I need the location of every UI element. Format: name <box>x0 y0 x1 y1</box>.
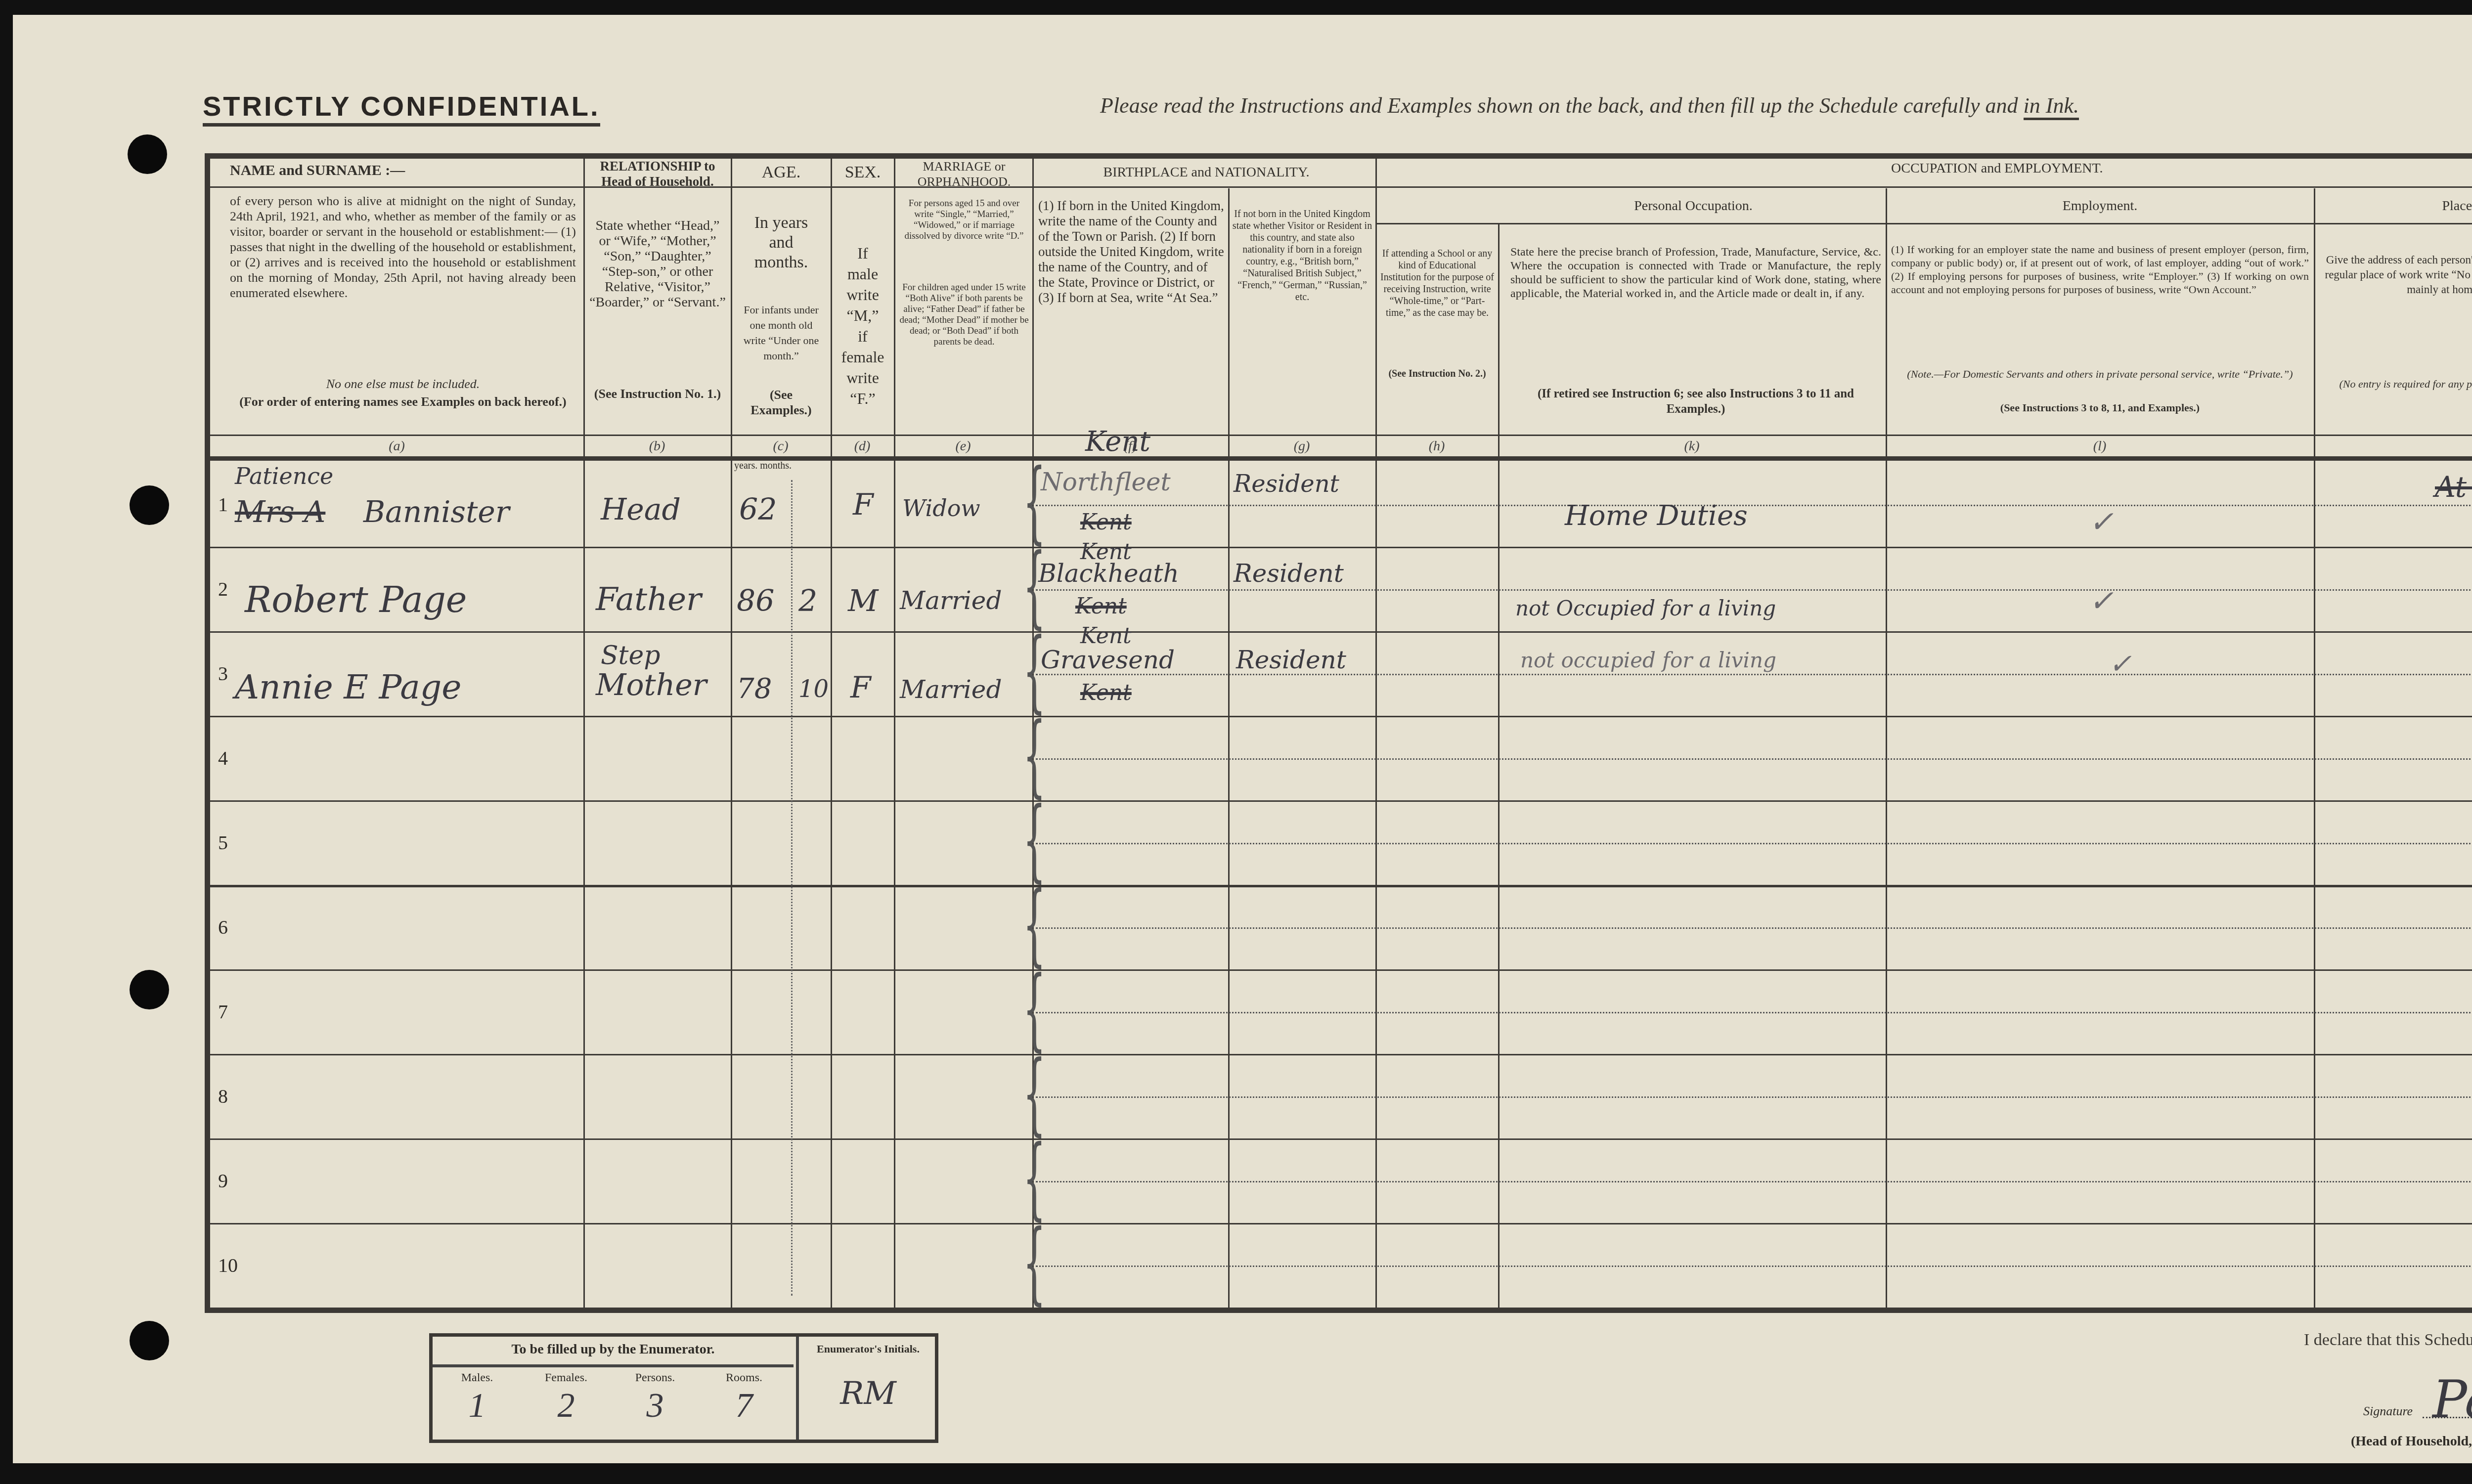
row3-relationship-top[interactable]: Step <box>601 641 661 670</box>
col-d-letter: (d) <box>831 438 894 454</box>
row-rule <box>210 1054 2472 1055</box>
row2-occupation[interactable]: not Occupied for a living <box>1515 596 1776 620</box>
rooms-label: Rooms. <box>700 1371 789 1385</box>
persons-value[interactable]: 3 <box>611 1386 700 1426</box>
row3-birthplace-county: Kent <box>1080 680 1132 705</box>
row1-nationality[interactable]: Resident <box>1234 470 1339 498</box>
row3-relationship[interactable]: Mother <box>596 668 707 702</box>
declaration-text: I declare that this Schedule is correctl… <box>2304 1331 2472 1350</box>
row-number: 2 <box>218 577 228 601</box>
signature-note: (Head of Household, Manager of Establish… <box>2351 1434 2472 1449</box>
row-mid-dotted <box>1036 843 2472 844</box>
header-rule <box>210 186 583 188</box>
col-m-note: (No entry is required for any person who… <box>2324 376 2472 392</box>
row-rule <box>210 885 2472 887</box>
col-c-infants: For infants under one month old write “U… <box>739 302 823 363</box>
household-table: NAME and SURNAME :— of every person who … <box>205 153 2472 1313</box>
row-rule <box>210 547 2472 548</box>
row-number: 3 <box>218 662 228 685</box>
col-divider <box>731 159 732 1308</box>
row2-employment[interactable]: ✓ <box>2089 584 2114 618</box>
row2-age-years[interactable]: 86 <box>737 584 774 618</box>
instruction-line: Please read the Instructions and Example… <box>1100 93 2079 118</box>
col-l-note2: (See Instructions 3 to 8, 11, and Exampl… <box>1891 400 2309 415</box>
col-k-body: State here the precise branch of Profess… <box>1510 245 1881 301</box>
row-mid-dotted <box>1036 1012 2472 1013</box>
col-e-body2: For children aged under 15 write “Both A… <box>898 282 1030 348</box>
row-rule <box>210 969 2472 971</box>
col-a-letter: (a) <box>210 438 583 454</box>
row3-employment[interactable]: ✓ <box>2109 648 2132 680</box>
col-m-letter: (m) <box>2314 438 2472 454</box>
col-c-note: (See Examples.) <box>739 387 823 418</box>
col-e-title: MARRIAGE or ORPHANHOOD. <box>897 159 1031 189</box>
row-number: 10 <box>218 1254 238 1277</box>
age-years-label: years. <box>734 460 757 471</box>
row-rule <box>210 1138 2472 1140</box>
brace-icon: { <box>1023 796 1046 885</box>
row-rule <box>210 800 2472 802</box>
col-l-note: (Note.—For Domestic Servants and others … <box>1891 366 2309 382</box>
col-k-letter: (k) <box>1498 438 1886 454</box>
row-mid-dotted <box>1036 758 2472 760</box>
row3-age-years[interactable]: 78 <box>737 673 772 705</box>
col-divider <box>1375 159 1377 1308</box>
row3-birthplace-overwrite: Kent <box>1080 623 1132 649</box>
punch-hole <box>130 485 169 525</box>
row2-name[interactable]: Robert Page <box>245 579 467 620</box>
col-h-body: If attending a School or any kind of Edu… <box>1378 248 1497 319</box>
col-k-note: (If retired see Instruction 6; see also … <box>1510 386 1881 417</box>
punch-hole <box>128 134 167 174</box>
persons-label: Persons. <box>611 1371 700 1385</box>
row3-birthplace[interactable]: Gravesend <box>1041 646 1175 674</box>
age-subheading: years. months. <box>734 460 792 472</box>
row1-occupation[interactable]: Home Duties <box>1565 500 1748 532</box>
brace-icon: { <box>1023 711 1046 800</box>
row-mid-dotted <box>1036 927 2472 929</box>
col-h-note: (See Instruction No. 2.) <box>1378 366 1497 382</box>
col-g-body: If not born in the United Kingdom state … <box>1231 208 1374 303</box>
initials-label: Enumerator's Initials. <box>799 1343 937 1355</box>
row3-sex[interactable]: F <box>850 670 871 705</box>
initials-value[interactable]: RM <box>799 1375 937 1412</box>
col-m-body: Give the address of each person's place … <box>2324 253 2472 297</box>
row1-birthplace[interactable]: Northfleet <box>1041 468 1171 496</box>
header-rule <box>583 186 2472 188</box>
row1-age-years[interactable]: 62 <box>739 492 777 527</box>
col-d-title: SEX. <box>833 165 892 180</box>
row1-name-above[interactable]: Patience <box>235 463 333 489</box>
col-c-letter: (c) <box>731 438 831 454</box>
row1-sex[interactable]: F <box>853 487 874 522</box>
females-label: Females. <box>522 1371 611 1385</box>
signature[interactable]: Patience Alice Bannister <box>2432 1369 2472 1430</box>
instruction-text: Please read the Instructions and Example… <box>1100 93 2018 118</box>
brace-icon: { <box>1023 880 1046 969</box>
col-g-letter: (g) <box>1228 438 1375 454</box>
row-number: 8 <box>218 1085 228 1108</box>
row1-place-of-work[interactable]: At home <box>2435 470 2472 504</box>
header-rule <box>210 435 2472 436</box>
col-b-title: RELATIONSHIP to Head of Household. <box>586 159 729 189</box>
col-divider <box>1498 223 1500 1308</box>
occupation-group-title: OCCUPATION and EMPLOYMENT. <box>1891 161 2472 176</box>
signature-label: Signature <box>2363 1404 2413 1419</box>
males-value[interactable]: 1 <box>433 1386 522 1426</box>
row1-birthplace-county: Kent <box>1080 510 1132 535</box>
col-e-body: For persons aged 15 and over write “Sing… <box>898 198 1030 242</box>
page-title: STRICTLY CONFIDENTIAL. <box>203 90 600 127</box>
row3-age-months[interactable]: 10 <box>798 675 829 703</box>
col-m-title: Place of Work. <box>2316 198 2472 214</box>
col-b-letter: (b) <box>583 438 731 454</box>
col-b-note: (See Instruction No. 1.) <box>588 386 727 401</box>
row-mid-dotted <box>1036 1181 2472 1182</box>
row3-nationality[interactable]: Resident <box>1236 646 1346 674</box>
col-d-body: If male write “M,” if female write “F.” <box>840 243 885 409</box>
col-divider <box>583 159 585 1308</box>
instruction-emphasis: in Ink. <box>2024 93 2079 120</box>
females-value[interactable]: 2 <box>522 1386 611 1426</box>
enumerator-box-rule <box>433 1364 794 1367</box>
col-a-title: NAME and SURNAME :— <box>230 163 576 178</box>
enumerator-initials-cell: Enumerator's Initials. RM <box>796 1337 937 1440</box>
col-h-letter: (h) <box>1375 438 1498 454</box>
col-e-letter: (e) <box>894 438 1032 454</box>
col-f-overwrite: Kent <box>1085 426 1150 458</box>
row-number: 4 <box>218 746 228 770</box>
col-c-body: In years and months. <box>742 213 821 272</box>
row3-occupation[interactable]: not occupied for a living <box>1520 648 1776 672</box>
punch-hole <box>130 1321 169 1360</box>
row-number: 5 <box>218 831 228 854</box>
col-divider <box>831 159 832 1308</box>
header-bottom-rule <box>210 456 2472 461</box>
row2-sex[interactable]: M <box>848 584 878 618</box>
row1-marriage[interactable]: Widow <box>902 495 980 522</box>
row-mid-dotted <box>1036 1266 2472 1267</box>
row-rule <box>210 716 2472 717</box>
col-c-title: AGE. <box>734 165 828 180</box>
row2-relationship[interactable]: Father <box>596 581 702 618</box>
brace-icon: { <box>1023 1219 1046 1308</box>
col-l-title: Employment. <box>1889 198 2311 214</box>
row2-birthplace-county: Kent <box>1075 594 1127 619</box>
row-rule <box>210 631 2472 633</box>
brace-icon: { <box>1023 1049 1046 1138</box>
row2-age-months[interactable]: 2 <box>798 584 817 618</box>
col-a-body: of every person who is alive at midnight… <box>230 193 576 301</box>
row-mid-dotted <box>1036 1096 2472 1098</box>
row1-name-struck: Mrs A <box>235 495 325 529</box>
brace-icon: { <box>1023 1134 1046 1223</box>
row3-name[interactable]: Annie E Page <box>235 668 462 707</box>
row2-marriage[interactable]: Married <box>900 586 1002 615</box>
row-number: 1 <box>218 493 228 516</box>
row1-name[interactable]: Bannister <box>363 495 509 529</box>
row1-relationship[interactable]: Head <box>601 492 681 527</box>
row2-birthplace[interactable]: Blackheath <box>1038 559 1179 588</box>
row-mid-dotted <box>1036 589 2472 591</box>
col-a-order: (For order of entering names see Example… <box>230 394 576 409</box>
col-k-title: Personal Occupation. <box>1505 198 1881 214</box>
row1-employment[interactable]: ✓ <box>2089 505 2114 539</box>
row-number: 6 <box>218 916 228 939</box>
col-a-note: No one else must be included. <box>230 376 576 392</box>
age-divider <box>791 480 793 1296</box>
enumerator-totals-box: To be filled up by the Enumerator. Males… <box>429 1333 938 1443</box>
row-mid-dotted <box>1036 505 2472 506</box>
punch-hole <box>130 970 169 1009</box>
header-rule <box>1375 223 2472 224</box>
rooms-value[interactable]: 7 <box>700 1386 789 1426</box>
col-l-body: (1) If working for an employer state the… <box>1891 243 2309 296</box>
row2-nationality[interactable]: Resident <box>1234 559 1344 588</box>
col-l-letter: (l) <box>1886 438 2314 454</box>
row-number: 7 <box>218 1000 228 1023</box>
col-divider <box>894 159 895 1308</box>
col-fg-title: BIRTHPLACE and NATIONALITY. <box>1036 165 1377 180</box>
enumerator-box-heading: To be filled up by the Enumerator. <box>433 1342 794 1357</box>
row3-marriage[interactable]: Married <box>900 675 1002 704</box>
males-label: Males. <box>433 1371 522 1385</box>
age-months-label: months. <box>760 460 792 471</box>
row-number: 9 <box>218 1169 228 1192</box>
col-f-body: (1) If born in the United Kingdom, write… <box>1038 198 1226 306</box>
brace-icon: { <box>1023 965 1046 1054</box>
row-rule <box>210 1223 2472 1224</box>
col-b-body: State whether “Head,” or “Wife,” “Mother… <box>588 218 727 310</box>
